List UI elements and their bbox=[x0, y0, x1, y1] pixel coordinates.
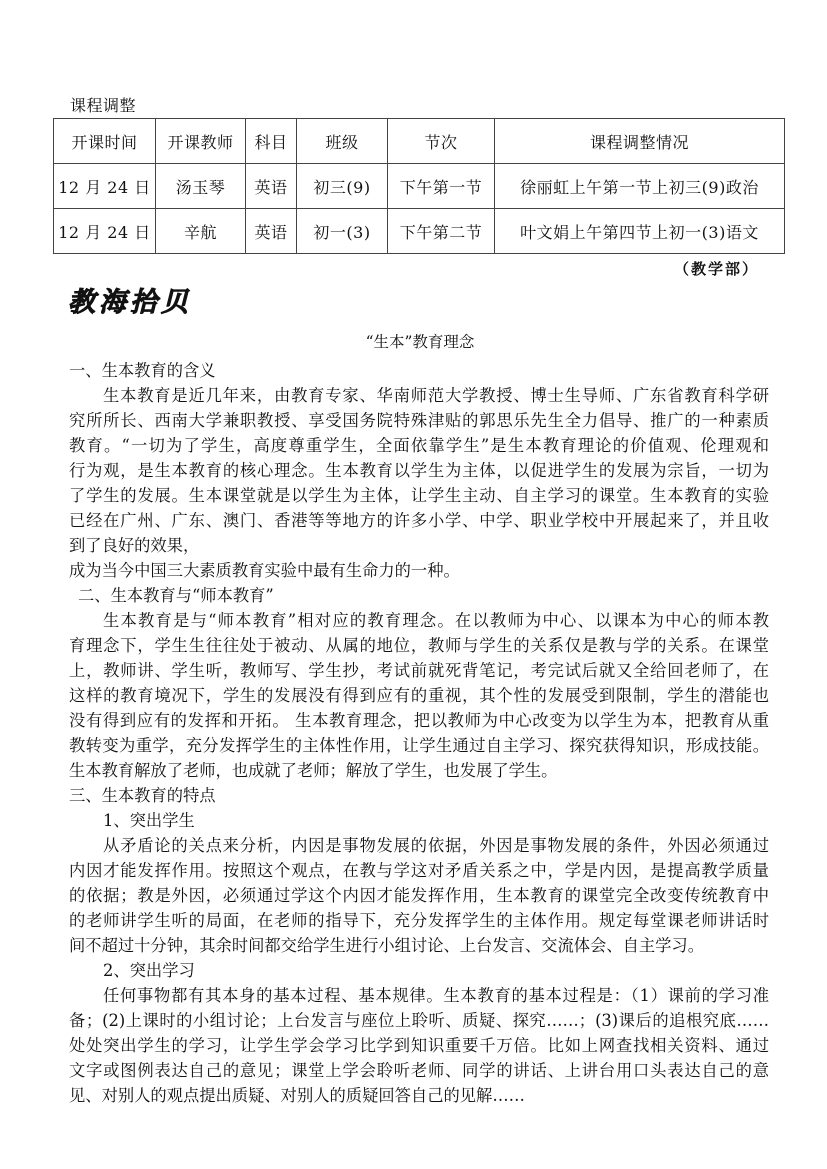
cell-subject: 英语 bbox=[246, 209, 297, 254]
section-heading: 二、生本教育与“师本教育” bbox=[69, 583, 769, 608]
paragraph-line: 间不超过十分钟，其余时间都交给学生进行小组讨论、上台发言、交流体会、自主学习。 bbox=[69, 933, 769, 958]
subsection-heading: 1、突出学生 bbox=[69, 808, 769, 833]
paragraph-line: 备；(2)上课时的小组讨论；上台发言与座位上聆听、质疑、探究……；(3)课后的追… bbox=[69, 1008, 769, 1033]
paragraph-line: 成为当今中国三大素质教育实验中最有生命力的一种。 bbox=[69, 558, 769, 583]
schedule-table: 开课时间 开课教师 科目 班级 节次 课程调整情况 12 月 24 日 汤玉琴 … bbox=[53, 118, 785, 254]
paragraph-line: 上，教师讲、学生听，教师写、学生抄，考试前就死背笔记，考完试后就又全给回老师了，… bbox=[69, 658, 769, 683]
paragraph-line: 究所所长、西南大学兼职教授、享受国务院特殊津贴的郭思乐先生全力倡导、推广的一种素… bbox=[69, 408, 769, 433]
paragraph-line: 文字或图例表达自己的意见；课堂上学会聆听老师、同学的讲话、上讲台用口头表达自己的… bbox=[69, 1058, 769, 1083]
paragraph-line: 已经在广州、广东、澳门、香港等等地方的许多小学、中学、职业学校中开展起来了，并且… bbox=[69, 508, 769, 533]
cell-class: 初三(9) bbox=[297, 164, 388, 209]
header-subject: 科目 bbox=[246, 119, 297, 164]
cell-date: 12 月 24 日 bbox=[54, 164, 156, 209]
header-adjustment: 课程调整情况 bbox=[495, 119, 785, 164]
paragraph-line: 没有得到应有的发挥和开拓。 生本教育理念，把以教师为中心改变为以学生为本，把教育… bbox=[69, 708, 769, 733]
paragraph-line: 的老师讲学生听的局面，在老师的指导下，充分发挥学生的主体作用。规定每堂课老师讲话… bbox=[69, 908, 769, 933]
table-row: 12 月 24 日 汤玉琴 英语 初三(9) 下午第一节 徐丽虹上午第一节上初三… bbox=[54, 164, 785, 209]
paragraph-line: 见、对别人的观点提出质疑、对别人的质疑回答自己的见解…… bbox=[69, 1083, 769, 1108]
table-row: 12 月 24 日 辛航 英语 初一(3) 下午第二节 叶文娟上午第四节上初一(… bbox=[54, 209, 785, 254]
cell-teacher: 汤玉琴 bbox=[156, 164, 246, 209]
section-heading: 一、生本教育的含义 bbox=[69, 358, 769, 383]
cell-date: 12 月 24 日 bbox=[54, 209, 156, 254]
cell-teacher: 辛航 bbox=[156, 209, 246, 254]
paragraph-line: 育理念下，学生生往往处于被动、从属的地位，教师与学生的关系仅是教与学的关系。在课… bbox=[69, 633, 769, 658]
paragraph-line: 任何事物都有其本身的基本过程、基本规律。生本教育的基本过程是：（1）课前的学习准 bbox=[69, 983, 769, 1008]
schedule-section-label: 课程调整 bbox=[70, 96, 136, 116]
paragraph-line: 内因才能发挥作用。按照这个观点，在教与学这对矛盾关系之中，学是内因，是提高教学质… bbox=[69, 858, 769, 883]
article-title: “生本”教育理念 bbox=[0, 332, 827, 352]
cell-period: 下午第二节 bbox=[388, 209, 495, 254]
article-body: 一、生本教育的含义 生本教育是近几年来，由教育专家、华南师范大学教授、博士生导师… bbox=[69, 358, 769, 1108]
paragraph-line: 生本教育是与“师本教育”相对应的教育理念。在以教师为中心、以课本为中心的师本教 bbox=[69, 608, 769, 633]
cell-subject: 英语 bbox=[246, 164, 297, 209]
section-heading: 三、生本教育的特点 bbox=[69, 783, 769, 808]
header-date: 开课时间 bbox=[54, 119, 156, 164]
table-header-row: 开课时间 开课教师 科目 班级 节次 课程调整情况 bbox=[54, 119, 785, 164]
header-class: 班级 bbox=[297, 119, 388, 164]
cell-adjustment: 叶文娟上午第四节上初一(3)语文 bbox=[495, 209, 785, 254]
paragraph-line: 教育。“一切为了学生，高度尊重学生，全面依靠学生”是生本教育理论的价值观、伦理观… bbox=[69, 433, 769, 458]
paragraph-line: 生本教育解放了老师，也成就了老师；解放了学生，也发展了学生。 bbox=[69, 758, 769, 783]
cell-adjustment: 徐丽虹上午第一节上初三(9)政治 bbox=[495, 164, 785, 209]
cell-period: 下午第一节 bbox=[388, 164, 495, 209]
paragraph-line: 这样的教育境况下，学生的发展没有得到应有的重视，其个性的发展受到限制，学生的潜能… bbox=[69, 683, 769, 708]
column-title: 教海拾贝 bbox=[68, 286, 192, 320]
paragraph-line: 生本教育是近几年来，由教育专家、华南师范大学教授、博士生导师、广东省教育科学研 bbox=[69, 383, 769, 408]
paragraph-line: 的依据；教是外因，必须通过学这个内因才能发挥作用，生本教育的课堂完全改变传统教育… bbox=[69, 883, 769, 908]
header-teacher: 开课教师 bbox=[156, 119, 246, 164]
department-signature: （教学部） bbox=[674, 259, 759, 279]
cell-class: 初一(3) bbox=[297, 209, 388, 254]
document-page: 课程调整 开课时间 开课教师 科目 班级 节次 课程调整情况 12 月 24 日… bbox=[0, 0, 827, 1169]
paragraph-line: 从矛盾论的关点来分析，内因是事物发展的依据，外因是事物发展的条件，外因必须通过 bbox=[69, 833, 769, 858]
paragraph-line: 教转变为重学，充分发挥学生的主体性作用，让学生通过自主学习、探究获得知识，形成技… bbox=[69, 733, 769, 758]
paragraph-line: 行为观，是生本教育的核心理念。生本教育以学生为主体，以促进学生的发展为宗旨，一切… bbox=[69, 458, 769, 483]
paragraph-line: 处处突出学生的学习，让学生学会学习比学到知识重要千万倍。比如上网查找相关资料、通… bbox=[69, 1033, 769, 1058]
paragraph-line: 到了良好的效果， bbox=[69, 533, 769, 558]
subsection-heading: 2、突出学习 bbox=[69, 958, 769, 983]
header-period: 节次 bbox=[388, 119, 495, 164]
paragraph-line: 了学生的发展。生本课堂就是以学生为主体，让学生主动、自主学习的课堂。生本教育的实… bbox=[69, 483, 769, 508]
